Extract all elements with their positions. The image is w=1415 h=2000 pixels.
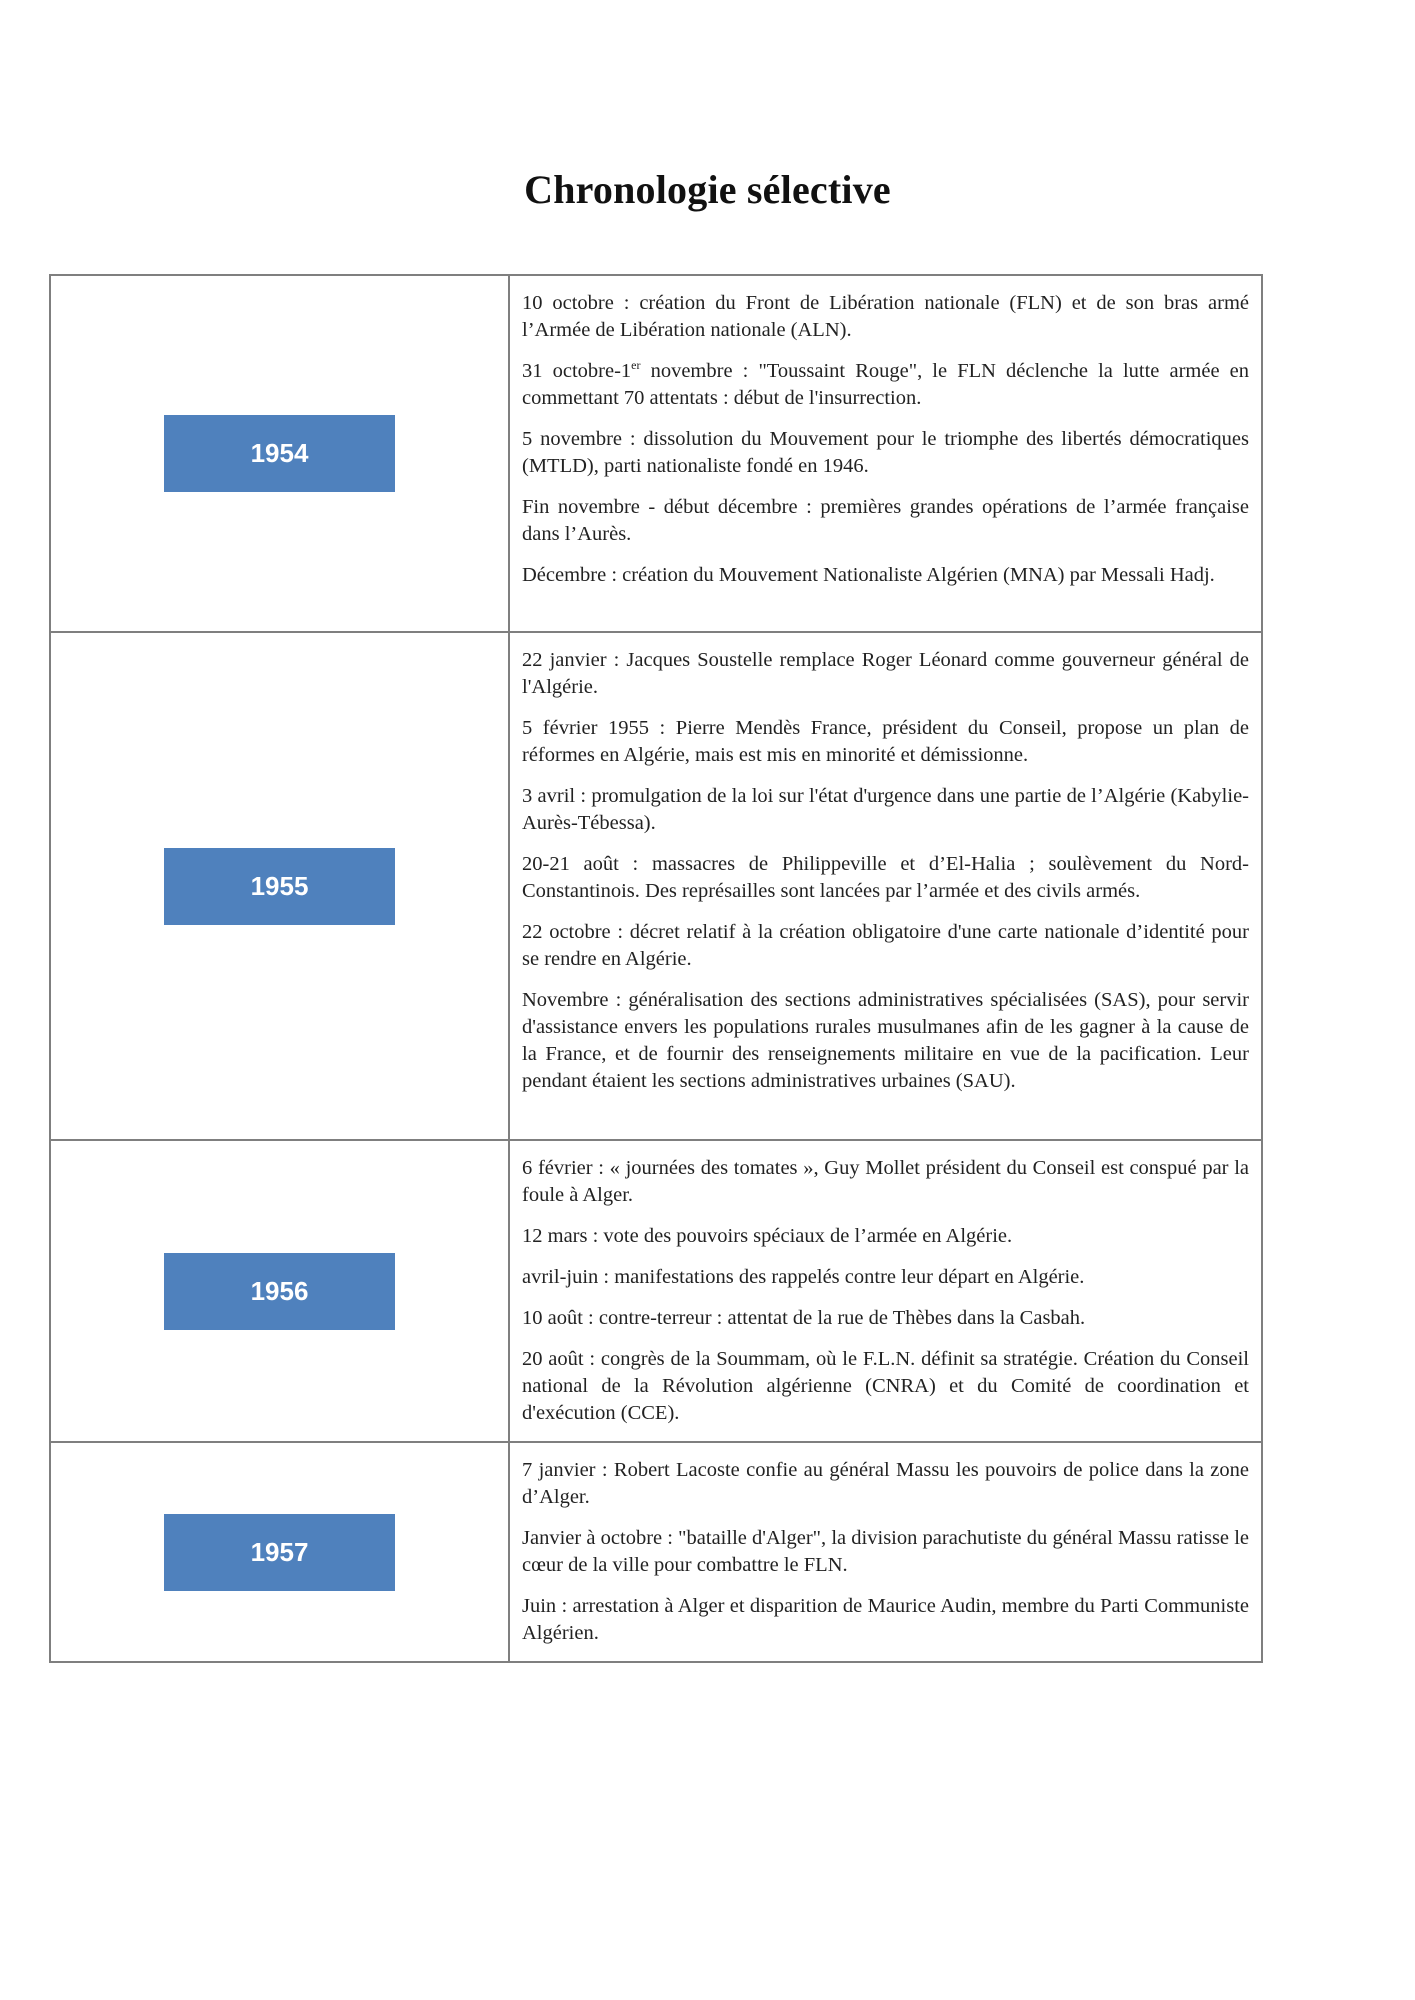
event-entry: Novembre : généralisation des sections a… — [522, 987, 1249, 1095]
event-entry: 7 janvier : Robert Lacoste confie au gén… — [522, 1457, 1249, 1511]
chronology-table: 195410 octobre : création du Front de Li… — [49, 274, 1263, 1663]
events-cell: 7 janvier : Robert Lacoste confie au gén… — [509, 1442, 1262, 1662]
event-entry: 20-21 août : massacres de Philippeville … — [522, 851, 1249, 905]
page-title: Chronologie sélective — [0, 166, 1415, 213]
year-badge: 1955 — [164, 848, 395, 925]
year-cell: 1956 — [50, 1140, 509, 1442]
year-row-1955: 195522 janvier : Jacques Soustelle rempl… — [50, 632, 1262, 1140]
events-cell: 22 janvier : Jacques Soustelle remplace … — [509, 632, 1262, 1140]
event-entry: 5 novembre : dissolution du Mouvement po… — [522, 426, 1249, 480]
year-badge: 1954 — [164, 415, 395, 492]
year-row-1956: 19566 février : « journées des tomates »… — [50, 1140, 1262, 1442]
event-entry: 22 janvier : Jacques Soustelle remplace … — [522, 647, 1249, 701]
event-entry: 5 février 1955 : Pierre Mendès France, p… — [522, 715, 1249, 769]
event-entry: 3 avril : promulgation de la loi sur l'é… — [522, 783, 1249, 837]
year-cell: 1955 — [50, 632, 509, 1140]
event-entry: 6 février : « journées des tomates », Gu… — [522, 1155, 1249, 1209]
event-entry: 31 octobre-1er novembre : "Toussaint Rou… — [522, 358, 1249, 412]
year-badge: 1956 — [164, 1253, 395, 1330]
year-badge: 1957 — [164, 1514, 395, 1591]
event-entry: Janvier à octobre : "bataille d'Alger", … — [522, 1525, 1249, 1579]
events-cell: 10 octobre : création du Front de Libéra… — [509, 275, 1262, 632]
event-entry: Décembre : création du Mouvement Nationa… — [522, 562, 1249, 589]
event-entry: 10 août : contre-terreur : attentat de l… — [522, 1305, 1249, 1332]
year-cell: 1957 — [50, 1442, 509, 1662]
event-entry: 10 octobre : création du Front de Libéra… — [522, 290, 1249, 344]
year-row-1954: 195410 octobre : création du Front de Li… — [50, 275, 1262, 632]
year-cell: 1954 — [50, 275, 509, 632]
events-cell: 6 février : « journées des tomates », Gu… — [509, 1140, 1262, 1442]
event-entry: 12 mars : vote des pouvoirs spéciaux de … — [522, 1223, 1249, 1250]
event-entry: avril-juin : manifestations des rappelés… — [522, 1264, 1249, 1291]
event-entry: 20 août : congrès de la Soummam, où le F… — [522, 1346, 1249, 1427]
event-entry: Fin novembre - début décembre : première… — [522, 494, 1249, 548]
year-row-1957: 19577 janvier : Robert Lacoste confie au… — [50, 1442, 1262, 1662]
event-entry: 22 octobre : décret relatif à la créatio… — [522, 919, 1249, 973]
event-entry: Juin : arrestation à Alger et disparitio… — [522, 1593, 1249, 1647]
